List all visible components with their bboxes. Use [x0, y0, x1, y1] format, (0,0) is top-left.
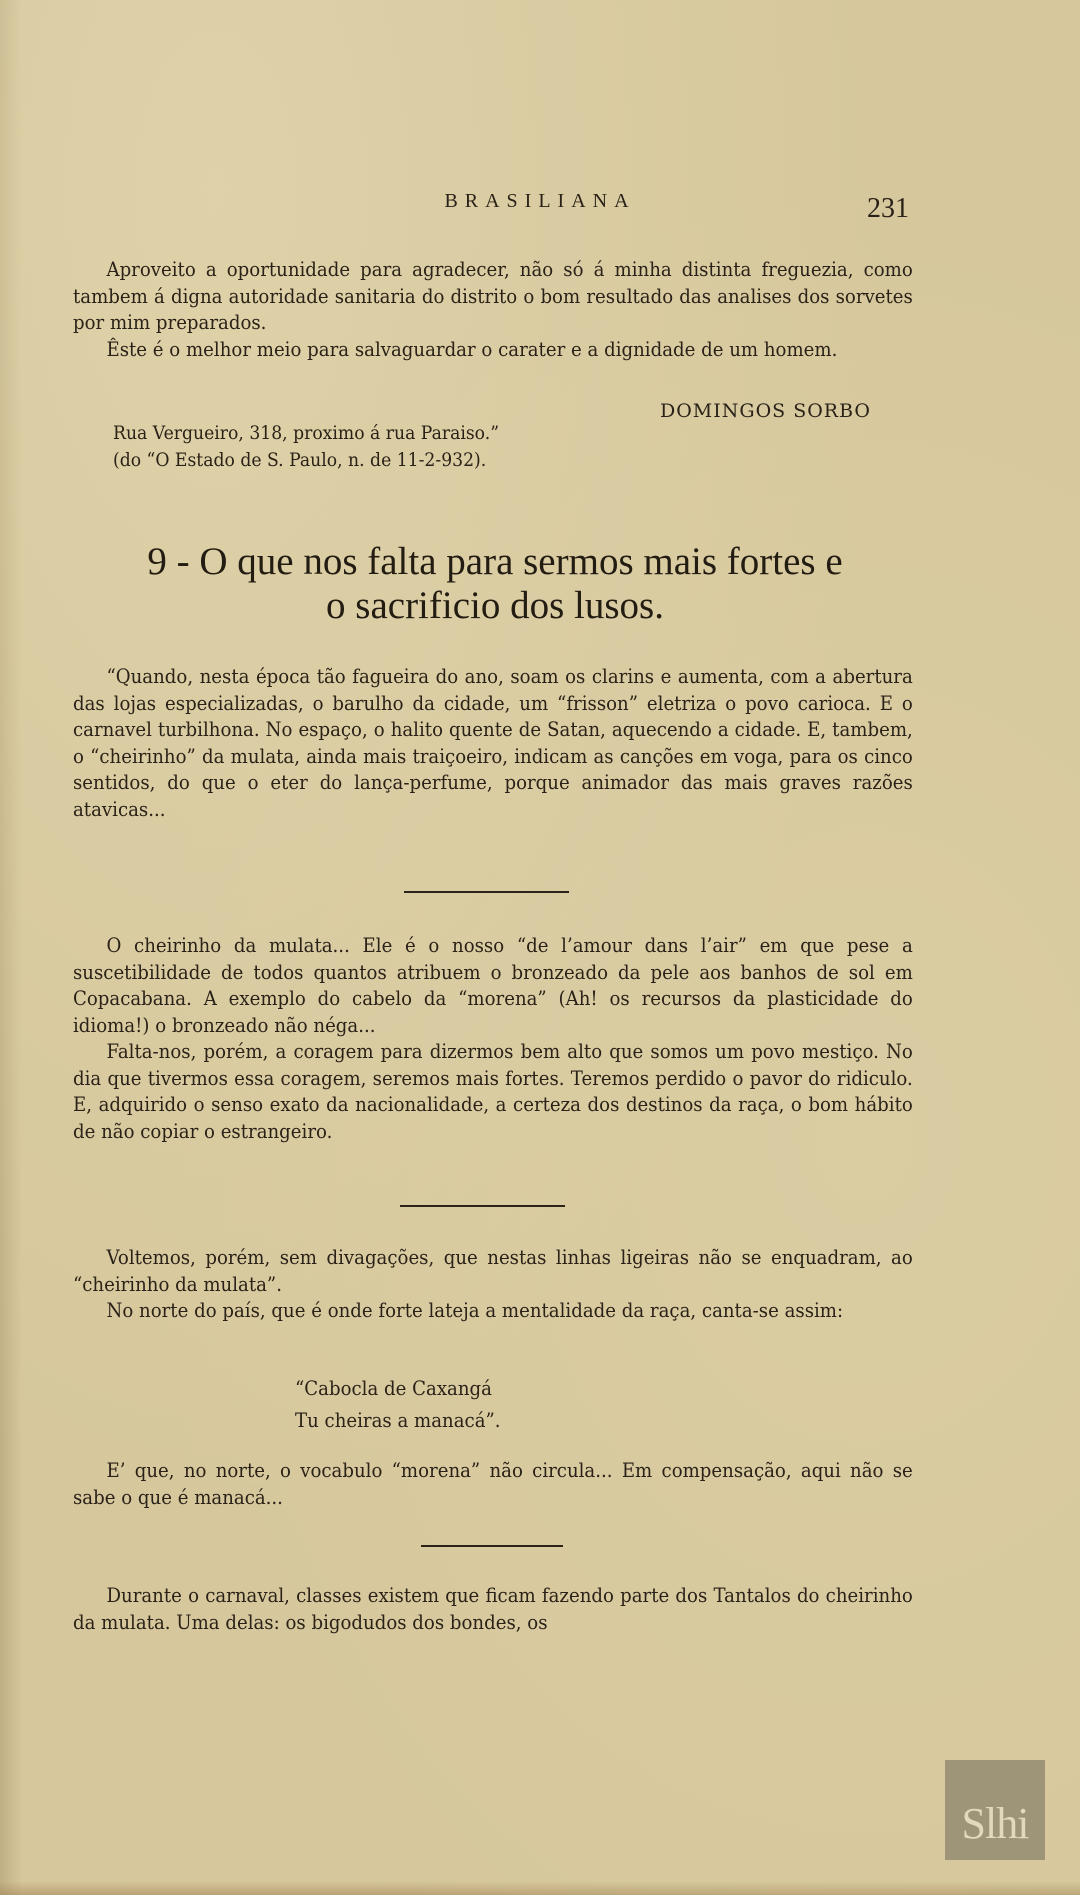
body-paragraph: Falta-nos, porém, a coragem para dizermo… [73, 1039, 913, 1145]
verse-line: “Cabocla de Caxangá [295, 1373, 501, 1405]
book-page: BRASILIANA 231 Aproveito a oportunidade … [0, 0, 1080, 1895]
section-title-line: 9 - O que nos falta para sermos mais for… [70, 540, 920, 584]
section-divider [421, 1545, 563, 1547]
verse: “Cabocla de Caxangá Tu cheiras a manacá”… [295, 1373, 501, 1437]
library-logo: Slhi [945, 1760, 1045, 1860]
section-divider [400, 1205, 565, 1207]
address-line: Rua Vergueiro, 318, proximo á rua Parais… [113, 420, 894, 447]
logo-text: Slhi [962, 1802, 1029, 1846]
body-paragraph: Voltemos, porém, sem divagações, que nes… [73, 1245, 913, 1298]
page-number: 231 [867, 193, 909, 225]
section-title-line: o sacrificio dos lusos. [70, 584, 920, 628]
source-line: (do “O Estado de S. Paulo, n. de 11-2-93… [113, 447, 894, 474]
letter-paragraph: Aproveito a oportunidade para agradecer,… [73, 257, 913, 337]
running-head: BRASILIANA [0, 190, 1080, 213]
body-paragraph: O cheirinho da mulata... Ele é o nosso “… [73, 933, 913, 1039]
body-block-4: E’ que, no norte, o vocabulo “morena” nã… [73, 1458, 913, 1511]
quote-paragraph: “Quando, nesta época tão fagueira do ano… [73, 664, 913, 823]
body-paragraph: Durante o carnaval, classes existem que … [73, 1583, 913, 1636]
section-divider [404, 891, 569, 893]
quote-block: “Quando, nesta época tão fagueira do ano… [73, 664, 913, 823]
body-block-3: Voltemos, porém, sem divagações, que nes… [73, 1245, 913, 1325]
letter-citation: Rua Vergueiro, 318, proximo á rua Parais… [113, 420, 953, 474]
section-title: 9 - O que nos falta para sermos mais for… [70, 540, 920, 628]
verse-line: Tu cheiras a manacá”. [295, 1405, 501, 1437]
signature: DOMINGOS SORBO [660, 400, 871, 422]
letter-body: Aproveito a oportunidade para agradecer,… [73, 257, 913, 363]
body-block-2: O cheirinho da mulata... Ele é o nosso “… [73, 933, 913, 1145]
body-paragraph: E’ que, no norte, o vocabulo “morena” nã… [73, 1458, 913, 1511]
letter-paragraph: Êste é o melhor meio para salvaguardar o… [73, 337, 913, 364]
body-paragraph: No norte do país, que é onde forte latej… [73, 1298, 913, 1325]
body-block-5: Durante o carnaval, classes existem que … [73, 1583, 913, 1636]
